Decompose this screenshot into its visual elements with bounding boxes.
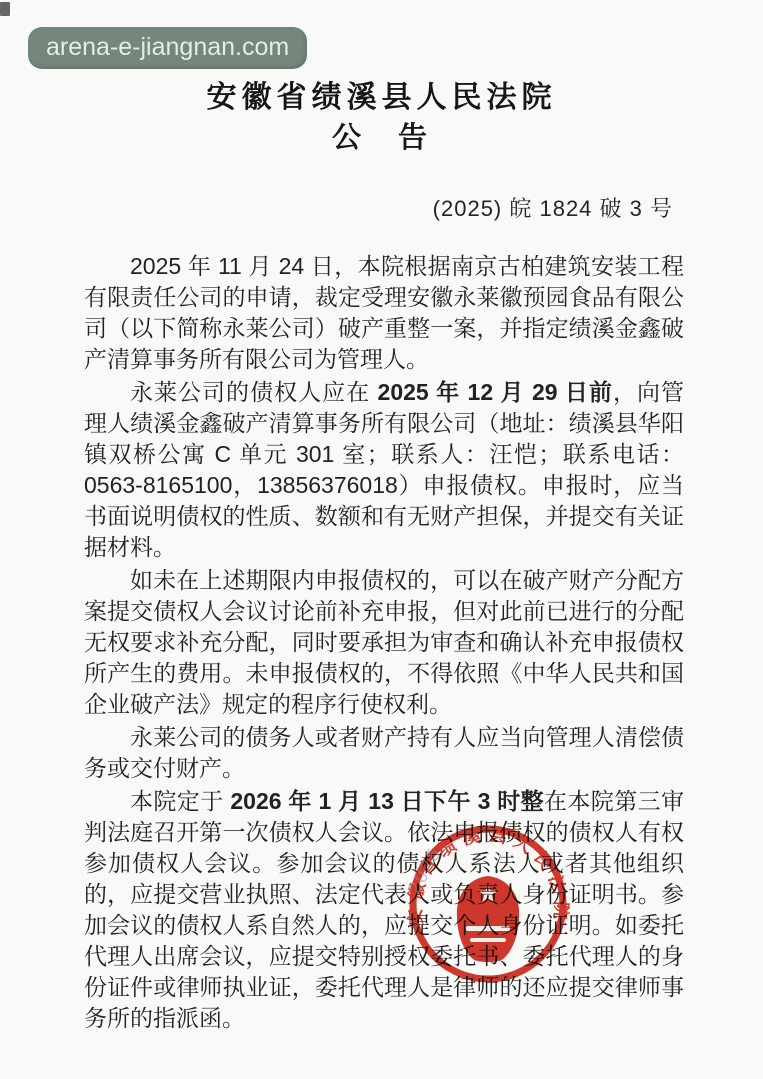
paragraph-run: ，向管理人绩溪金鑫破产清算事务所有限公司（地址：绩溪县华阳镇双桥公寓 C 单元 … [84, 379, 684, 560]
paragraph-run: 永莱公司的债权人应在 [130, 379, 378, 405]
announcement-title: 公 告 [0, 115, 763, 156]
paragraph: 永莱公司的债务人或者财产持有人应当向管理人清偿债务或交付财产。 [84, 722, 684, 784]
case-number: (2025) 皖 1824 破 3 号 [433, 192, 673, 223]
scan-corner-artifact [0, 2, 10, 16]
paragraph-run: 如未在上述期限内申报债权的，可以在破产财产分配方案提交债权人会议讨论前补充申报，… [84, 567, 684, 717]
paragraph: 2025 年 11 月 24 日，本院根据南京古柏建筑安装工程有限责任公司的申请… [84, 251, 684, 375]
court-name: 安徽省绩溪县人民法院 [0, 72, 763, 116]
paragraph: 永莱公司的债权人应在 2025 年 12 月 29 日前，向管理人绩溪金鑫破产清… [84, 377, 684, 563]
paragraph-run: 本院定于 [130, 788, 230, 814]
paragraph-run: 在本院第三审判法庭召开第一次债权人会议。依法申报债权的债权人有权参加债权人会议。… [84, 788, 684, 1031]
emblem-gate-slit-1 [466, 926, 510, 931]
emblem-gate-slit-2 [470, 938, 506, 942]
paragraph-run-bold: 2025 年 12 月 29 日前 [378, 379, 613, 405]
watermark-label: arena-e-jiangnan.com [46, 33, 289, 61]
paragraph-run: 永莱公司的债务人或者财产持有人应当向管理人清偿债务或交付财产。 [84, 724, 684, 781]
paragraph: 本院定于 2026 年 1 月 13 日下午 3 时整在本院第三审判法庭召开第一… [84, 786, 684, 1034]
paragraph-run-bold: 2026 年 1 月 13 日下午 3 时整 [230, 788, 544, 814]
paragraph: 如未在上述期限内申报债权的，可以在破产财产分配方案提交债权人会议讨论前补充申报，… [84, 565, 684, 720]
document-body: 2025 年 11 月 24 日，本院根据南京古柏建筑安装工程有限责任公司的申请… [84, 251, 684, 1036]
paragraph-run: 2025 年 11 月 24 日，本院根据南京古柏建筑安装工程有限责任公司的申请… [84, 253, 684, 372]
watermark-badge: arena-e-jiangnan.com [28, 27, 307, 69]
document-page: arena-e-jiangnan.com 安徽省绩溪县人民法院 公 告 (202… [0, 0, 763, 1079]
